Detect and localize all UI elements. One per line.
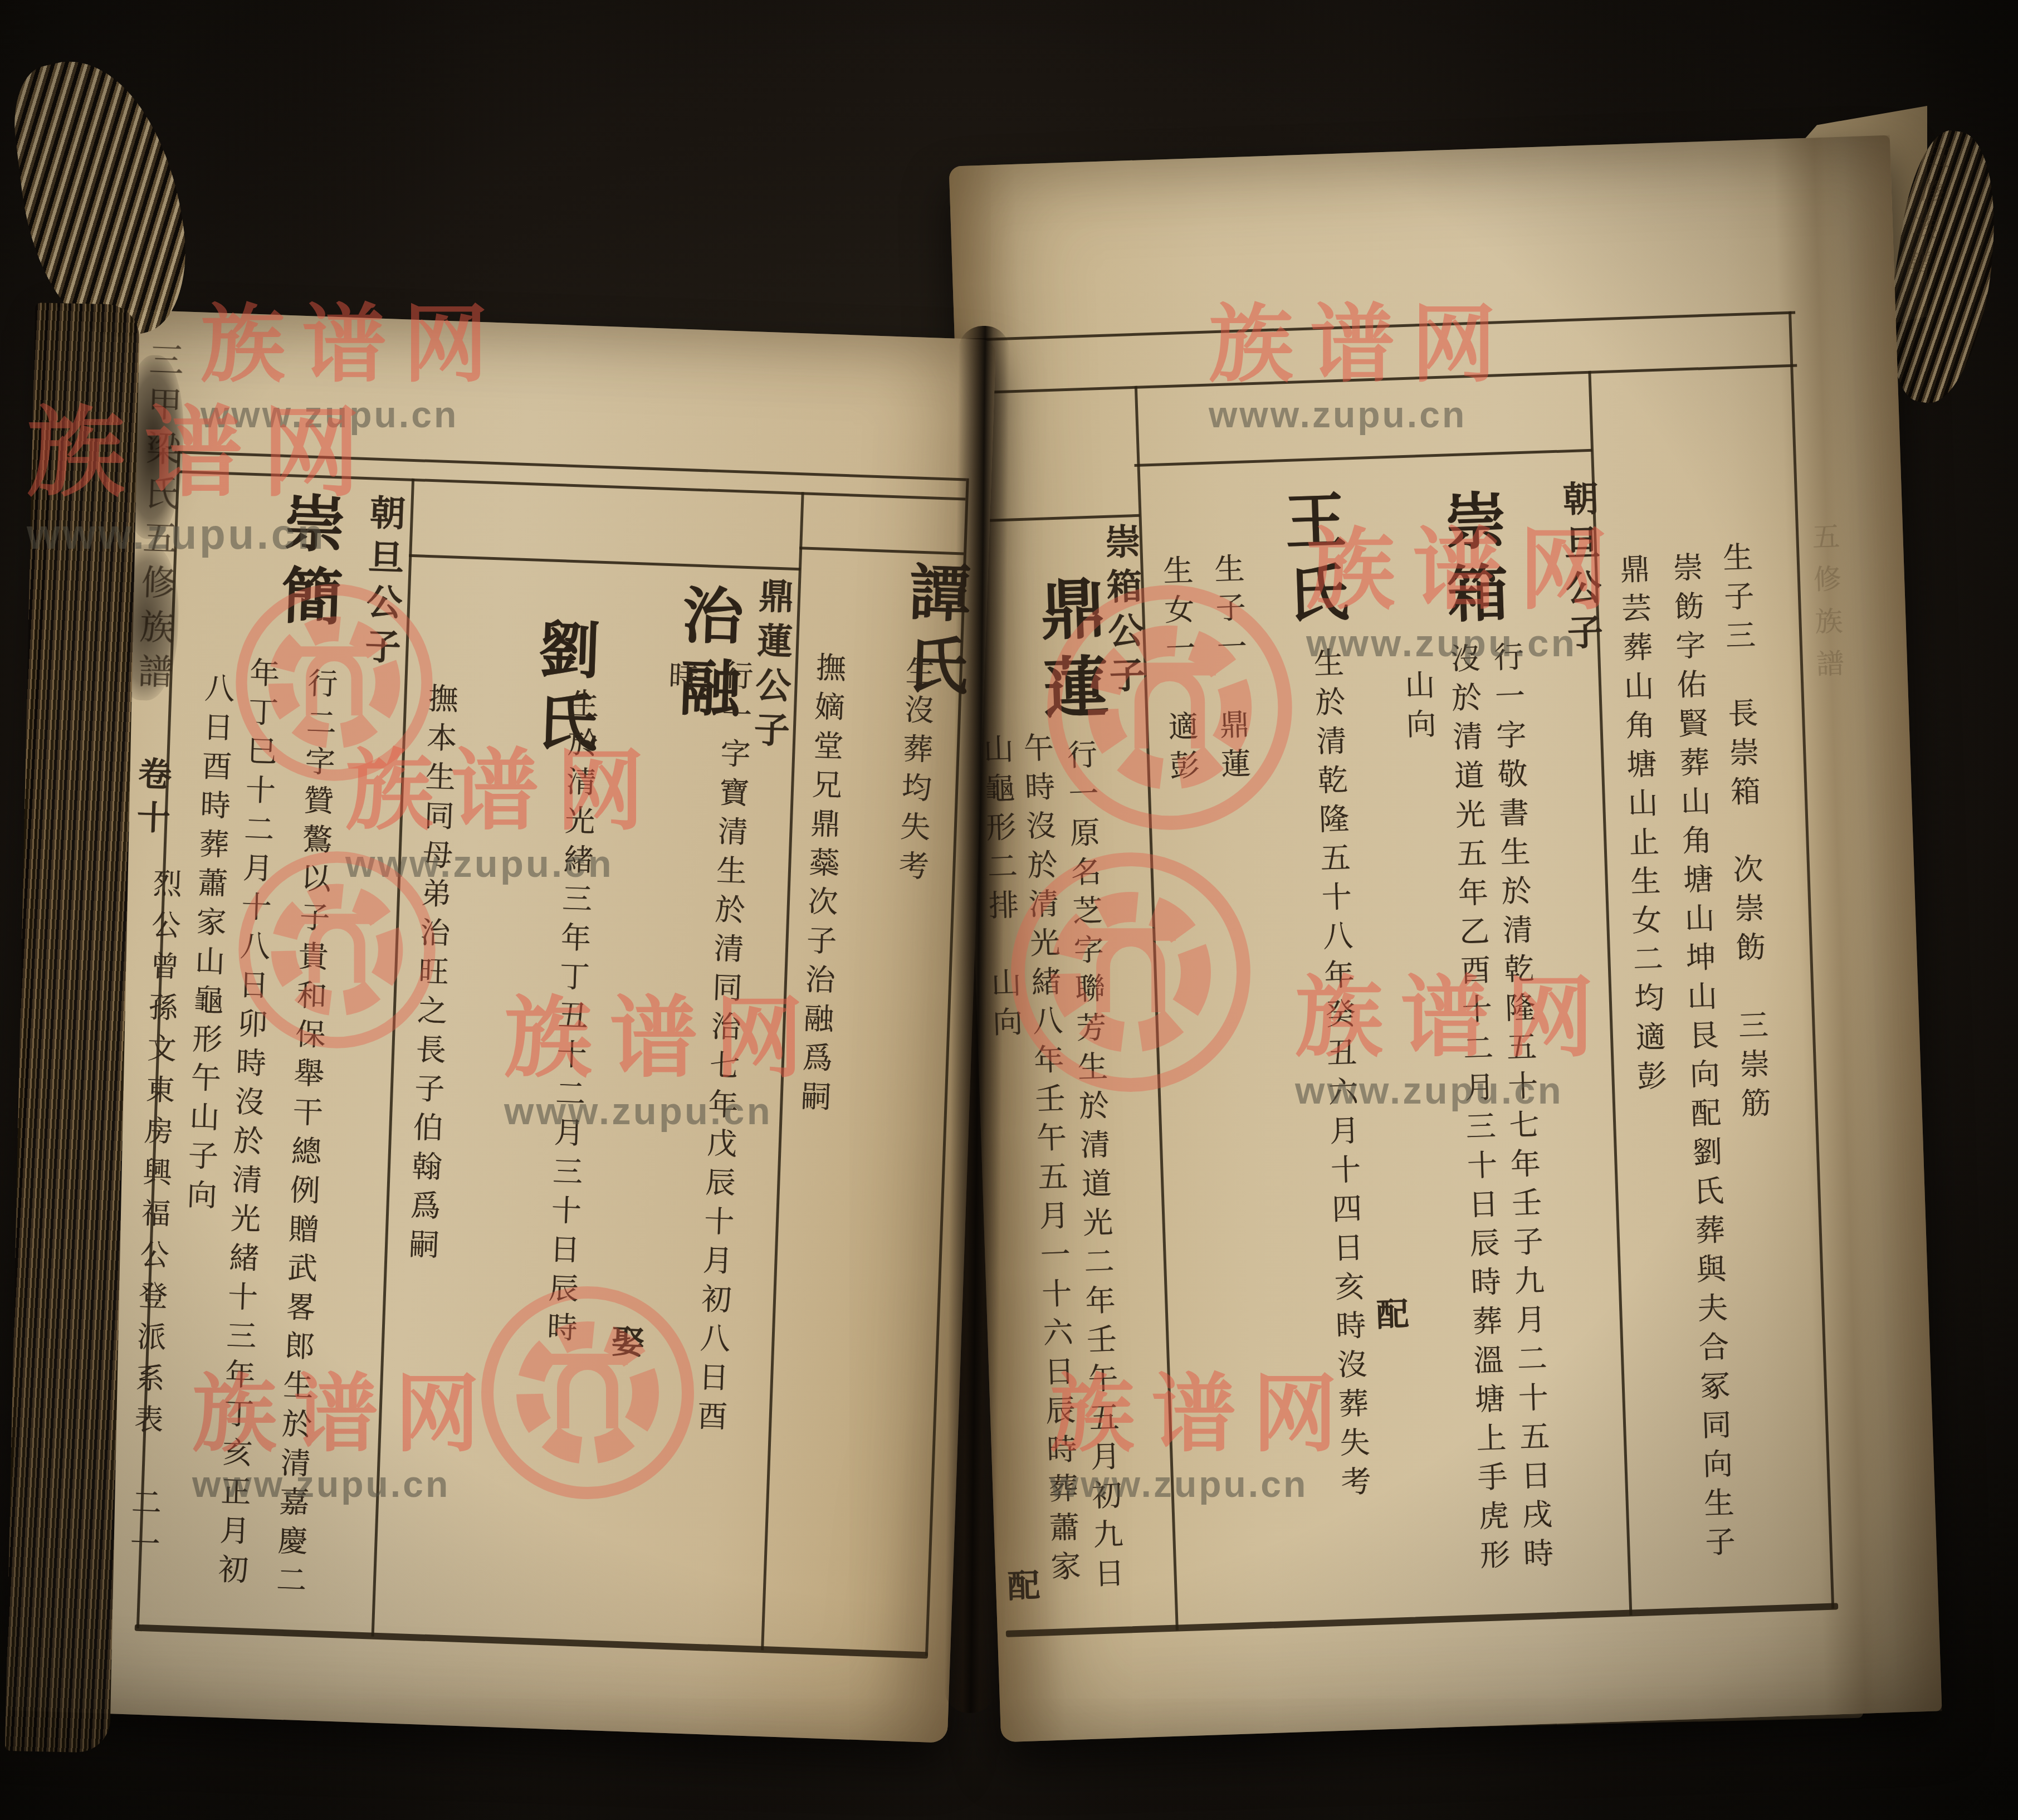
note-column: 撫本生同母弟治旺之長子伯翰爲嗣 [400, 682, 463, 1268]
children-column: 生子一 鼎蓮 [1205, 552, 1256, 787]
spouse-marker: 配 [996, 1568, 1044, 1602]
spine-section-label: 烈公曾孫文東房興福公登派系表 [124, 867, 185, 1446]
note-column: 行一字寶清生於清同治七年戊辰十月初八日酉 [688, 659, 758, 1440]
right-page: 五修族譜 生子三 長崇箱 次崇飭 三崇筋 崇飭字佑賢葬山角塘山坤山艮向配劉氏葬與… [949, 135, 1942, 1742]
spouse-marker: 娶 [600, 1324, 648, 1358]
husband-name: 鼎蓮 [1018, 573, 1118, 732]
wife-name: 王氏 [1265, 487, 1358, 635]
frame-top-inner-line [968, 364, 1797, 394]
section-rule [409, 554, 800, 571]
section-rule [799, 547, 964, 555]
left-page: 三甲梁氏五修族譜 卷十 烈公曾孫文東房興福公登派系表 二一 譚氏 生沒葬均失考 … [7, 307, 996, 1743]
note-column: 時 [659, 660, 703, 701]
section-rule [1134, 449, 1592, 467]
husband-name: 崇簡 [261, 490, 354, 638]
carryover-column: 鼎芸葬山角塘山止生女二均適彭 [1611, 553, 1672, 1100]
frame-right-line [1789, 311, 1834, 1609]
frame-bottom-line [1006, 1603, 1839, 1637]
section-header: 朝旦公子 [1551, 479, 1609, 659]
frame-bottom-line [135, 1624, 929, 1659]
spine-volume-label: 卷十 [126, 755, 177, 844]
spouse-marker: 配 [1365, 1296, 1413, 1330]
carryover-column: 生子三 長崇箱 次崇飭 三崇筋 [1714, 541, 1776, 1127]
fold-edge-title-text: 五修族譜 [1804, 521, 1849, 692]
note-column: 山向 [1396, 669, 1442, 748]
note-column: 生沒葬均失考 [890, 654, 941, 889]
section-header: 朝旦公子 [353, 494, 411, 674]
frame-top-outer-line [966, 311, 1795, 341]
photographed-genealogy-book-spread: { "watermark": { "brand": "族谱网", "url": … [0, 0, 2018, 1820]
note-column: 生於清乾隆五十八年癸丑六月十四日亥時沒葬失考 [1305, 647, 1376, 1506]
husband-name: 崇箱 [1425, 488, 1518, 636]
note-column: 撫嫡堂兄鼎蘂次子治融爲嗣 [791, 651, 851, 1120]
page-number: 二一 [121, 1486, 167, 1570]
children-column: 生女一 適彭 [1154, 554, 1205, 789]
note-column: 生於清光緒三年丁丑十二月三十日辰時 [538, 687, 604, 1351]
